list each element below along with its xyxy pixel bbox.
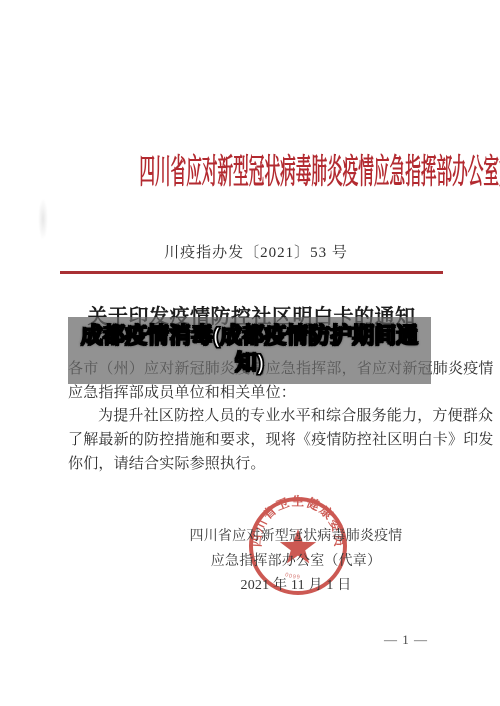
overlay-title: 成都疫情消毒(成都疫情防护期间通知) [74, 322, 426, 376]
body-line: 了解最新的防控措施和要求，现将《疫情防控社区明白卡》印发 [68, 428, 488, 449]
body-line: 应急指挥部成员单位和相关单位： [68, 381, 488, 402]
signature-office-line: 应急指挥部办公室（代章） [164, 550, 428, 570]
letterhead-divider [60, 271, 443, 274]
body-line: 为提升社区防控人员的专业水平和综合服务能力，方便群众 [98, 404, 500, 425]
page-number: — 1 — [371, 632, 441, 648]
signature-org-line: 四川省应对新型冠状病毒肺炎疫情 [164, 525, 428, 545]
body-line: 你们，请结合实际参照执行。 [68, 452, 488, 473]
seo-overlay-banner: 成都疫情消毒(成都疫情防护期间通知) [68, 317, 431, 384]
document-page: 四川省应对新型冠状病毒肺炎疫情应急指挥部办公室文件 川疫指办发〔2021〕53 … [0, 0, 500, 706]
letterhead-org-title: 四川省应对新型冠状病毒肺炎疫情应急指挥部办公室文件 [139, 150, 369, 196]
scan-smudge-artifact [38, 198, 48, 240]
document-number: 川疫指办发〔2021〕53 号 [6, 241, 500, 262]
signature-date: 2021 年 11 月 1 日 [164, 574, 428, 594]
